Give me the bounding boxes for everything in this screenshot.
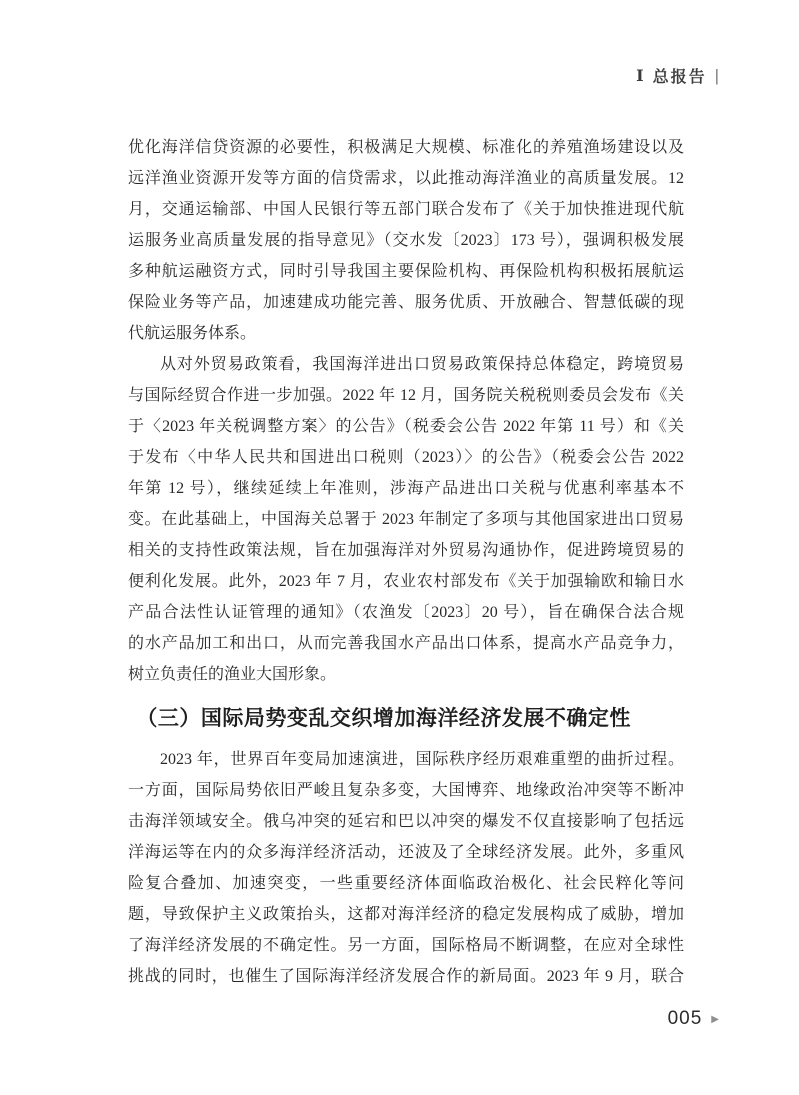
section-numeral: Ⅰ	[636, 66, 643, 86]
text-line: 运服务业高质量发展的指导意见》（交水发〔2023〕173 号），强调积极发展	[128, 225, 684, 256]
text-line: 相关的支持性政策法规，旨在加强海洋对外贸易沟通协作，促进跨境贸易的	[128, 535, 684, 566]
text-line: 于发布〈中华人民共和国进出口税则（2023）〉的公告》（税委会公告 2022	[128, 442, 684, 473]
text-line: 险复合叠加、加速突变，一些重要经济体面临政治极化、社会民粹化等问	[128, 868, 684, 899]
page-footer: 005 ▶	[668, 1008, 719, 1030]
text-line: 2023 年，世界百年变局加速演进，国际秩序经历艰难重塑的曲折过程。	[128, 744, 684, 775]
text-line: 树立负责任的渔业大国形象。	[128, 659, 684, 690]
text-line: 变。在此基础上，中国海关总署于 2023 年制定了多项与其他国家进出口贸易	[128, 504, 684, 535]
text-line: 击海洋领域安全。俄乌冲突的延宕和巴以冲突的爆发不仅直接影响了包括远	[128, 806, 684, 837]
text-line: 的水产品加工和出口，从而完善我国水产品出口体系，提高水产品竞争力，	[128, 628, 684, 659]
text-line: 保险业务等产品，加速建成功能完善、服务优质、开放融合、智慧低碳的现	[128, 287, 684, 318]
text-line: 月，交通运输部、中国人民银行等五部门联合发布了《关于加快推进现代航	[128, 194, 684, 225]
page-number: 005	[668, 1008, 703, 1030]
text-line: 多种航运融资方式，同时引导我国主要保险机构、再保险机构积极拓展航运	[128, 256, 684, 287]
text-line: 与国际经贸合作进一步加强。2022 年 12 月，国务院关税税则委员会发布《关	[128, 380, 684, 411]
text-line: 远洋渔业资源开发等方面的信贷需求，以此推动海洋渔业的高质量发展。12	[128, 163, 684, 194]
text-line: 年第 12 号），继续延续上年准则，涉海产品进出口关税与优惠利率基本不	[128, 473, 684, 504]
page-content: 优化海洋信贷资源的必要性，积极满足大规模、标准化的养殖渔场建设以及远洋渔业资源开…	[128, 132, 684, 992]
text-line: 一方面，国际局势依旧严峻且复杂多变，大国博弈、地缘政治冲突等不断冲	[128, 775, 684, 806]
text-line: 于〈2023 年关税调整方案〉的公告》（税委会公告 2022 年第 11 号）和…	[128, 411, 684, 442]
text-line: 题，导致保护主义政策抬头，这都对海洋经济的稳定发展构成了威胁，增加	[128, 899, 684, 930]
section-title: 总报告	[653, 64, 707, 87]
section-heading: （三）国际局势变乱交织增加海洋经济发展不确定性	[128, 704, 684, 734]
document-page: Ⅰ 总报告 | 优化海洋信贷资源的必要性，积极满足大规模、标准化的养殖渔场建设以…	[0, 0, 799, 1095]
text-line: 从对外贸易政策看，我国海洋进出口贸易政策保持总体稳定，跨境贸易	[128, 349, 684, 380]
paragraph: 2023 年，世界百年变局加速演进，国际秩序经历艰难重塑的曲折过程。一方面，国际…	[128, 744, 684, 992]
text-line: 优化海洋信贷资源的必要性，积极满足大规模、标准化的养殖渔场建设以及	[128, 132, 684, 163]
paragraph: 从对外贸易政策看，我国海洋进出口贸易政策保持总体稳定，跨境贸易与国际经贸合作进一…	[128, 349, 684, 690]
text-line: 洋海运等在内的众多海洋经济活动，还波及了全球经济发展。此外，多重风	[128, 837, 684, 868]
paragraph: 优化海洋信贷资源的必要性，积极满足大规模、标准化的养殖渔场建设以及远洋渔业资源开…	[128, 132, 684, 349]
text-line: 便利化发展。此外，2023 年 7 月，农业农村部发布《关于加强输欧和输日水	[128, 566, 684, 597]
text-line: 代航运服务体系。	[128, 318, 684, 349]
header-divider: |	[715, 66, 719, 86]
text-line: 产品合法性认证管理的通知》（农渔发〔2023〕20 号），旨在确保合法合规	[128, 597, 684, 628]
text-line: 挑战的同时，也催生了国际海洋经济发展合作的新局面。2023 年 9 月，联合	[128, 961, 684, 992]
page-header: Ⅰ 总报告 |	[636, 64, 719, 87]
text-line: 了海洋经济发展的不确定性。另一方面，国际格局不断调整，在应对全球性	[128, 930, 684, 961]
next-page-icon: ▶	[711, 1013, 719, 1025]
